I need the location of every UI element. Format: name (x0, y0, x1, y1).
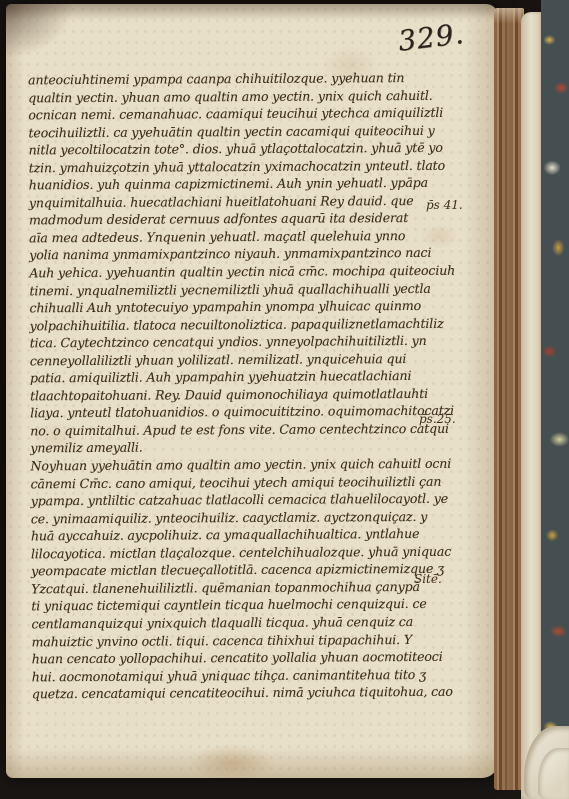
marbled-endpaper (541, 0, 569, 799)
text-block: anteociuhtinemi ypampa caanpa chihuitilo… (28, 69, 464, 703)
manuscript-line: tica. Caytechtzinco cencatqui yndios. yn… (30, 332, 462, 352)
underlying-leaf-edge (521, 12, 543, 799)
margin-note-psalm-41: p̄s 41. (426, 198, 463, 212)
manuscript-line: centlamanquizqui ynixquich tlaqualli tic… (31, 613, 463, 633)
manuscript-line: quetza. cencatamiqui cencatiteocihui. ni… (32, 683, 464, 703)
manuscript-line: ocnican nemi. cemanahuac. caamiqui teuci… (28, 104, 460, 124)
manuscript-line: ypampa. yntliltic catzahuac tlatlacolli … (31, 490, 463, 510)
manuscript-line: nitla yecoltilocatzin tote°. dios. yhuā … (29, 139, 461, 159)
manuscript-line: huā ayccahuiz. aycpolihuiz. ca ymaqualla… (31, 525, 463, 545)
manuscript-line: Noyhuan yyehuātin amo qualtin amo yectin… (30, 455, 462, 475)
margin-note-site: Sitē. (414, 572, 442, 586)
manuscript-line: no. o quimitalhui. Apud te est fons vite… (30, 420, 462, 440)
manuscript-line: chihualli Auh yntotecuiyo ypampahin ynom… (29, 297, 461, 317)
margin-note-psalm-25: p̄s.25. (419, 412, 456, 426)
manuscript-line: anteociuhtinemi ypampa caanpa chihuitilo… (28, 69, 460, 89)
book-fore-edge (494, 8, 524, 790)
manuscript-line: Auh yehica. yyehuantin qualtin yectin ni… (29, 262, 461, 282)
folio-number: 329. (396, 15, 479, 58)
manuscript-page: 329. anteociuhtinemi ypampa caanpa chihu… (6, 4, 498, 778)
manuscript-line: huan cencato yollopachihui. cencatito yo… (32, 648, 464, 668)
